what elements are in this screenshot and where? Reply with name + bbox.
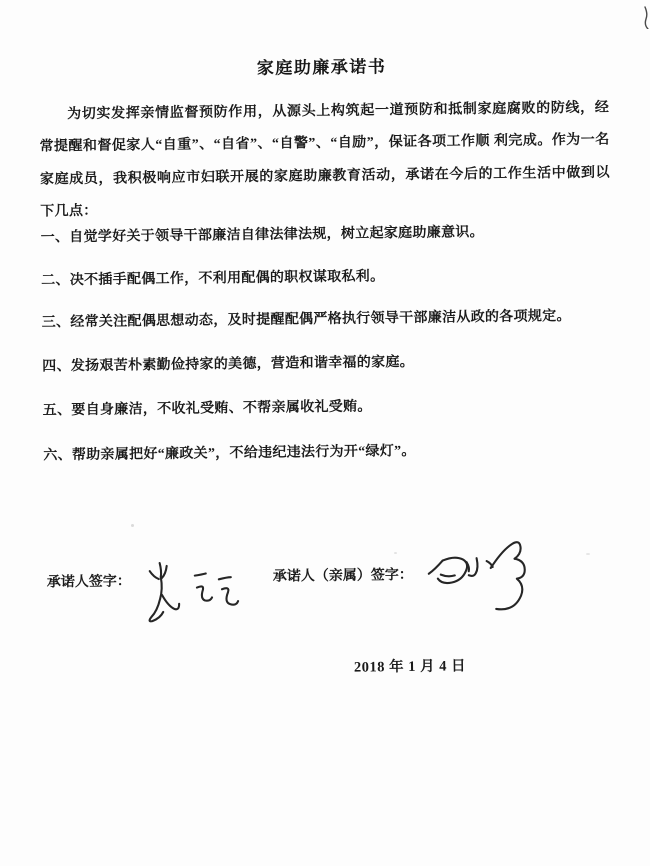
commitment-item-2: 二、决不插手配偶工作，不利用配偶的职权谋取私利。 xyxy=(41,265,384,289)
promiser-signature-handwriting xyxy=(135,542,251,628)
family-signature-handwriting xyxy=(416,533,542,635)
family-signature-label: 承诺人（亲属）签字： xyxy=(273,564,413,586)
scan-speck xyxy=(394,552,397,554)
document-page: 家庭助廉承诺书 为切实发挥亲情监督预防作用，从源头上构筑起一道预防和抵制家庭腐败… xyxy=(0,0,650,866)
scan-speck xyxy=(131,524,134,527)
commitment-item-6: 六、帮助亲属把好“廉政关”，不给违纪违法行为开“绿灯”。 xyxy=(43,440,416,465)
scan-speck xyxy=(586,553,590,555)
commitment-item-5: 五、要自身廉洁，不收礼受贿、不帮亲属收礼受贿。 xyxy=(43,395,372,419)
intro-paragraph: 为切实发挥亲情监督预防作用，从源头上构筑起一道预防和抵制家庭腐败的防线，经常提醒… xyxy=(39,93,611,230)
commitment-item-1: 一、自觉学好关于领导干部廉洁自律法律法规，树立起家庭助廉意识。 xyxy=(41,221,485,246)
scan-artifact-mark xyxy=(640,5,649,29)
commitment-item-3: 三、经常关注配偶思想动态，及时提醒配偶严格执行领导干部廉洁从政的各项规定。 xyxy=(42,305,571,331)
scanned-content: 家庭助廉承诺书 为切实发挥亲情监督预防作用，从源头上构筑起一道预防和抵制家庭腐败… xyxy=(0,0,650,866)
commitment-item-4: 四、发扬艰苦朴素勤俭持家的美德，营造和谐幸福的家庭。 xyxy=(42,351,414,376)
document-date: 2018 年 1 月 4 日 xyxy=(354,654,466,676)
promiser-signature-label: 承诺人签字： xyxy=(47,570,131,591)
document-title: 家庭助廉承诺书 xyxy=(0,49,647,82)
